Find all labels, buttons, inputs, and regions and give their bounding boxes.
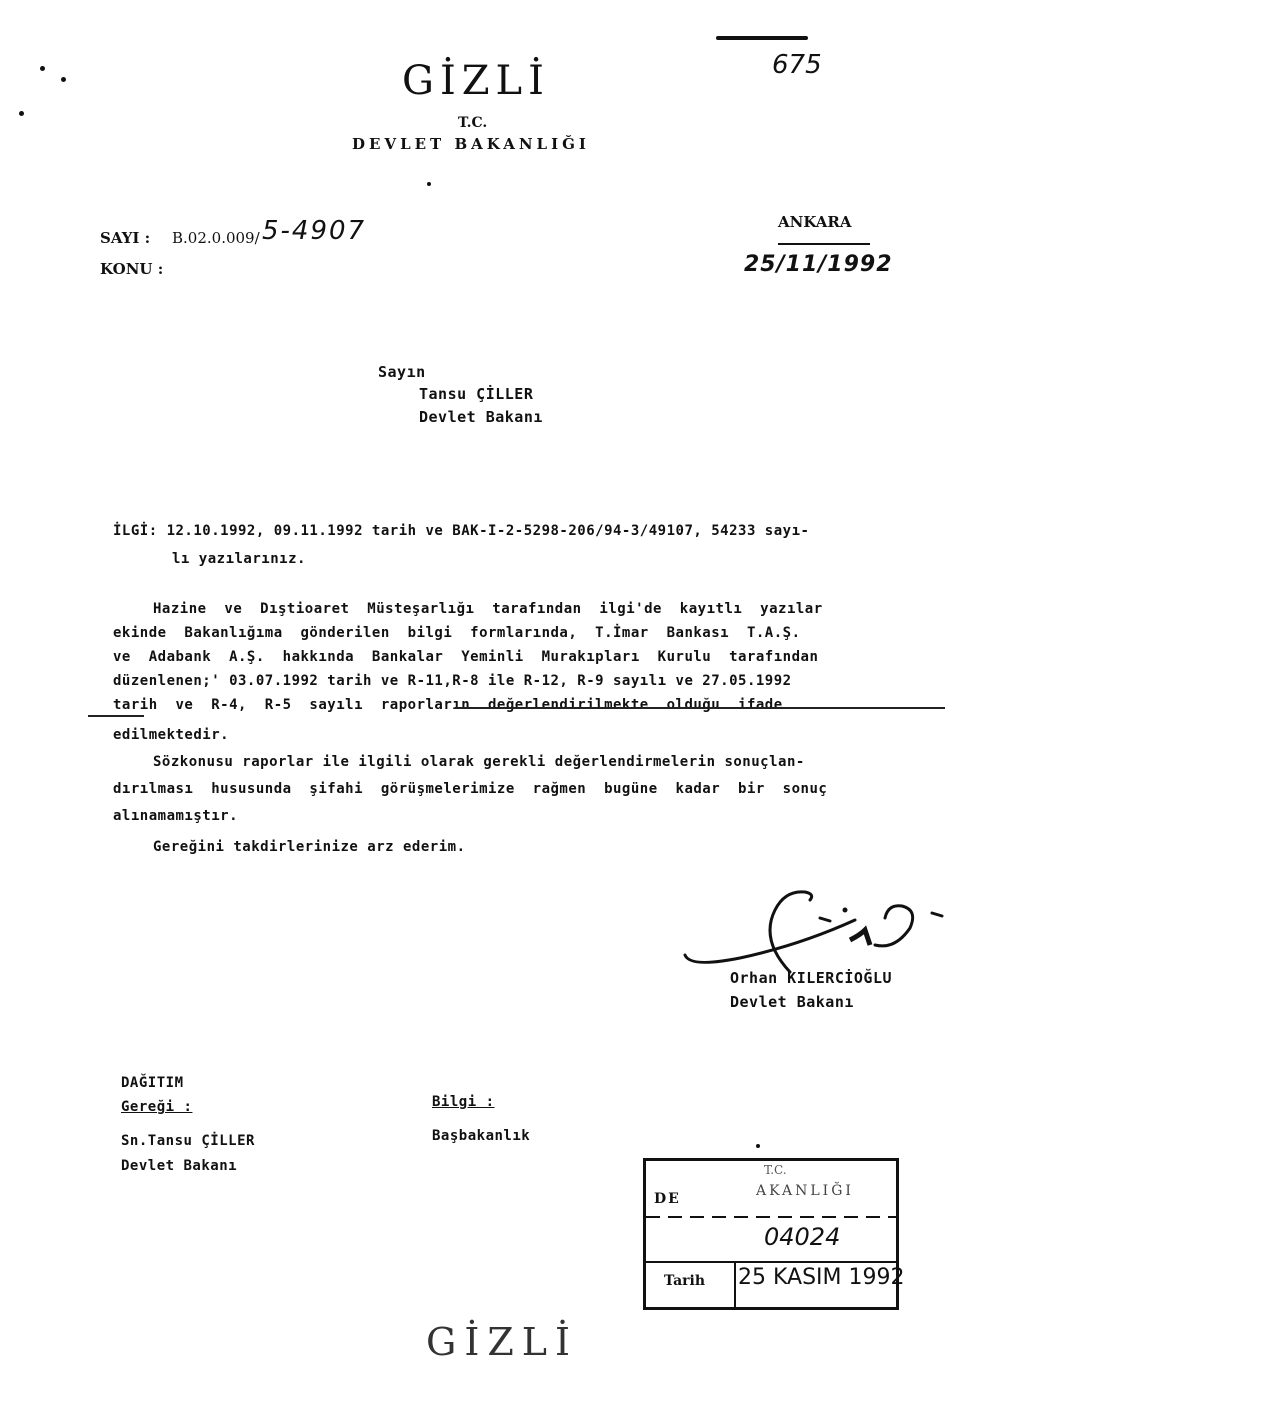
city: ANKARA [778,213,852,231]
scan-speck [61,77,66,82]
body-p1-line: Hazine ve Dıştioaret Müsteşarlığı tarafı… [153,601,823,617]
stamp-date-value: 25 KASIM 1992 [738,1265,905,1290]
letter-date: 25/11/1992 [744,252,893,277]
body-p1-line: düzenlenen;' 03.07.1992 tarih ve R-11,R-… [113,673,792,689]
distribution-info-recipient: Başbakanlık [432,1128,530,1144]
stamp-top-line: T.C. [764,1163,787,1177]
stamp-divider [646,1261,896,1263]
distribution-action-label: Gereği : [121,1099,192,1115]
sayi-code: B.02.0.009/ [172,229,260,247]
scan-speck [756,1144,760,1148]
stamp-vertical-divider [734,1261,736,1307]
registry-stamp: T.C. DE AKANLIĞI 04024 Tarih 25 KASIM 19… [643,1158,899,1310]
ilgi-line-2: lı yazılarınız. [172,551,306,567]
sayi-handwritten-number: 5-4907 [262,216,366,246]
body-p1-line: edilmektedir. [113,727,229,743]
distribution-heading: DAĞITIM [121,1075,184,1091]
distribution-action-recipient: Sn.Tansu ÇİLLER [121,1133,255,1149]
page-number: 675 [772,50,822,80]
struck-number [716,36,808,40]
strike-mark [88,715,144,717]
body-p1-line: tarih ve R-4, R-5 sayılı raporların değe… [113,697,783,713]
scan-speck [40,66,45,71]
stamp-date-label: Tarih [664,1273,705,1289]
ilgi-line-1: İLGİ: 12.10.1992, 09.11.1992 tarih ve BA… [113,523,809,539]
closing-line: Gereğini takdirlerinize arz ederim. [153,839,466,855]
distribution-action-title: Devlet Bakanı [121,1158,237,1174]
distribution-info-label: Bilgi : [432,1094,495,1110]
city-rule [778,243,870,245]
body-p2-line: alınamamıştır. [113,808,238,824]
addressee-title: Devlet Bakanı [419,408,543,426]
salutation: Sayın [378,363,426,381]
stamp-registry-number: 04024 [764,1223,840,1251]
body-p2-line: dırılması hususunda şifahi görüşmelerimi… [113,781,827,797]
signatory-name: Orhan KILERCİOĞLU [730,969,892,987]
body-p2-line: Sözkonusu raporlar ile ilgili olarak ger… [153,754,805,770]
scan-speck [19,111,24,116]
sayi-label: SAYI : [100,229,150,247]
classification-footer: GİZLİ [426,1320,578,1364]
addressee-name: Tansu ÇİLLER [419,385,533,403]
stamp-divider [646,1216,896,1218]
signatory-title: Devlet Bakanı [730,993,854,1011]
signature-scribble [680,880,960,980]
body-p1-line: ve Adabank A.Ş. hakkında Bankalar Yeminl… [113,649,818,665]
stamp-office-left: DE [654,1191,681,1207]
konu-label: KONU : [100,260,163,278]
stamp-office-right: AKANLIĞI [756,1183,854,1199]
classification-header: GİZLİ [402,58,550,104]
state-abbrev: T.C. [458,115,487,131]
body-p1-line: ekinde Bakanlığıma gönderilen bilgi form… [113,625,801,641]
scan-speck [427,182,431,186]
strikethrough-line [455,707,945,709]
ministry-name: DEVLET BAKANLIĞI [352,135,590,153]
